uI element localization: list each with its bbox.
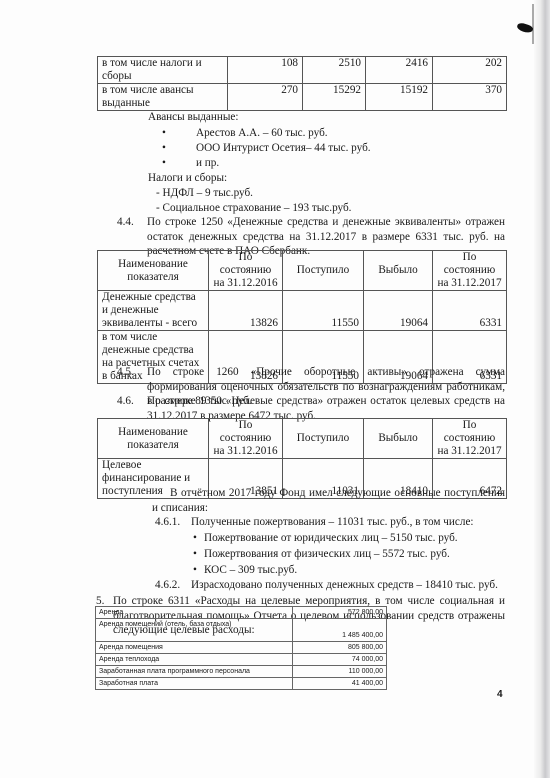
table-row: Денежные средства и денежные эквиваленты… [98, 291, 507, 331]
expense-label: Аренда теплохода [96, 654, 293, 666]
donation-item: •Пожертвование от юридических лиц – 5150… [204, 531, 458, 545]
scan-edge-shadow [534, 0, 550, 778]
column-header: Поступило [283, 419, 364, 459]
table-cash: Наименование показателя По состоянию на … [97, 250, 507, 384]
table-row: Заработанная плата программного персонал… [96, 666, 387, 678]
section-number: 4.6. [117, 394, 134, 408]
cell-out: 15192 [366, 84, 433, 111]
expense-label: Заработанная плата программного персонал… [96, 666, 293, 678]
expense-value: 74 000,00 [293, 654, 387, 666]
column-header: Выбыло [364, 419, 433, 459]
page-number: 4 [497, 689, 503, 700]
column-header: По состоянию на 31.12.2017 [433, 251, 507, 291]
table-row: в том числе авансы выданные 270 15292 15… [98, 84, 507, 111]
cell-out: 19064 [364, 291, 433, 331]
table-header-row: Наименование показателя По состоянию на … [98, 419, 507, 459]
column-header: Наименование показателя [98, 251, 209, 291]
table-row: Аренда помещения 805 800,00 [96, 642, 387, 654]
intro-2017: В отчётном 2017 году Фонд имел следующие… [152, 486, 505, 515]
row-label: Денежные средства и денежные эквиваленты… [98, 291, 209, 331]
donation-item: •Пожертвования от физических лиц – 5572 … [204, 547, 450, 561]
expense-value: 572 800,00 [293, 607, 387, 619]
tax-item: - Социальное страхование – 193 тыс.руб. [156, 201, 351, 215]
section-4-6-1-text: Полученные пожертвования – 11031 тыс. ру… [191, 515, 474, 529]
cell-2016: 108 [228, 57, 303, 84]
section-number: 4.4. [117, 215, 134, 229]
cell-out: 2416 [366, 57, 433, 84]
column-header: По состоянию на 31.12.2016 [209, 251, 283, 291]
taxes-title: Налоги и сборы: [148, 171, 227, 185]
cell-in: 11550 [283, 291, 364, 331]
expense-label: Аренда [96, 607, 293, 619]
expense-value: 41 400,00 [293, 678, 387, 690]
cell-2017: 370 [433, 84, 507, 111]
cell-2017: 202 [433, 57, 507, 84]
row-label: в том числе авансы выданные [98, 84, 228, 111]
expense-label: Заработная плата [96, 678, 293, 690]
advance-item: ООО Интурист Осетия– 44 тыс. руб. [196, 141, 371, 155]
donation-item-text: Пожертвование от юридических лиц – 5150 … [204, 532, 458, 544]
donation-item-text: Пожертвования от физических лиц – 5572 т… [204, 548, 450, 560]
advance-item: и пр. [196, 156, 219, 170]
table-taxes-advances: в том числе налоги и сборы 108 2510 2416… [97, 56, 507, 111]
cell-in: 2510 [303, 57, 366, 84]
column-header: По состоянию на 31.12.2016 [209, 419, 283, 459]
column-header: Наименование показателя [98, 419, 209, 459]
cell-2016: 13826 [209, 291, 283, 331]
section-number: 4.6.1. [155, 515, 180, 529]
table-row: Аренда помещений (отель, база отдыха) 1 … [96, 619, 387, 642]
donation-item-text: КОС – 309 тыс.руб. [204, 564, 297, 576]
cell-2016: 270 [228, 84, 303, 111]
scan-mark [532, 4, 534, 44]
donation-item: •КОС – 309 тыс.руб. [204, 563, 297, 577]
column-header: По состоянию на 31.12.2017 [433, 419, 507, 459]
expense-value: 110 000,00 [293, 666, 387, 678]
table-row: в том числе налоги и сборы 108 2510 2416… [98, 57, 507, 84]
section-number: 4.5. [117, 365, 134, 379]
expense-table: Аренда 572 800,00 Аренда помещений (отел… [95, 606, 387, 690]
table-row: Заработная плата 41 400,00 [96, 678, 387, 690]
section-number: 4.6.2. [155, 578, 180, 592]
column-header: Выбыло [364, 251, 433, 291]
table-row: Аренда 572 800,00 [96, 607, 387, 619]
column-header: Поступило [283, 251, 364, 291]
table-row: Аренда теплохода 74 000,00 [96, 654, 387, 666]
section-4-6-2-text: Израсходовано полученных денежных средст… [191, 578, 498, 592]
table-header-row: Наименование показателя По состоянию на … [98, 251, 507, 291]
expense-label: Аренда помещения [96, 642, 293, 654]
row-label: в том числе налоги и сборы [98, 57, 228, 84]
advance-item: Арестов А.А. – 60 тыс. руб. [196, 126, 328, 140]
cell-2017: 6331 [433, 291, 507, 331]
expense-label: Аренда помещений (отель, база отдыха) [96, 619, 293, 642]
expense-value: 805 800,00 [293, 642, 387, 654]
expense-value: 1 485 400,00 [293, 619, 387, 642]
cell-in: 15292 [303, 84, 366, 111]
tax-item: - НДФЛ – 9 тыс.руб. [156, 186, 253, 200]
advances-title: Авансы выданные: [148, 110, 238, 124]
